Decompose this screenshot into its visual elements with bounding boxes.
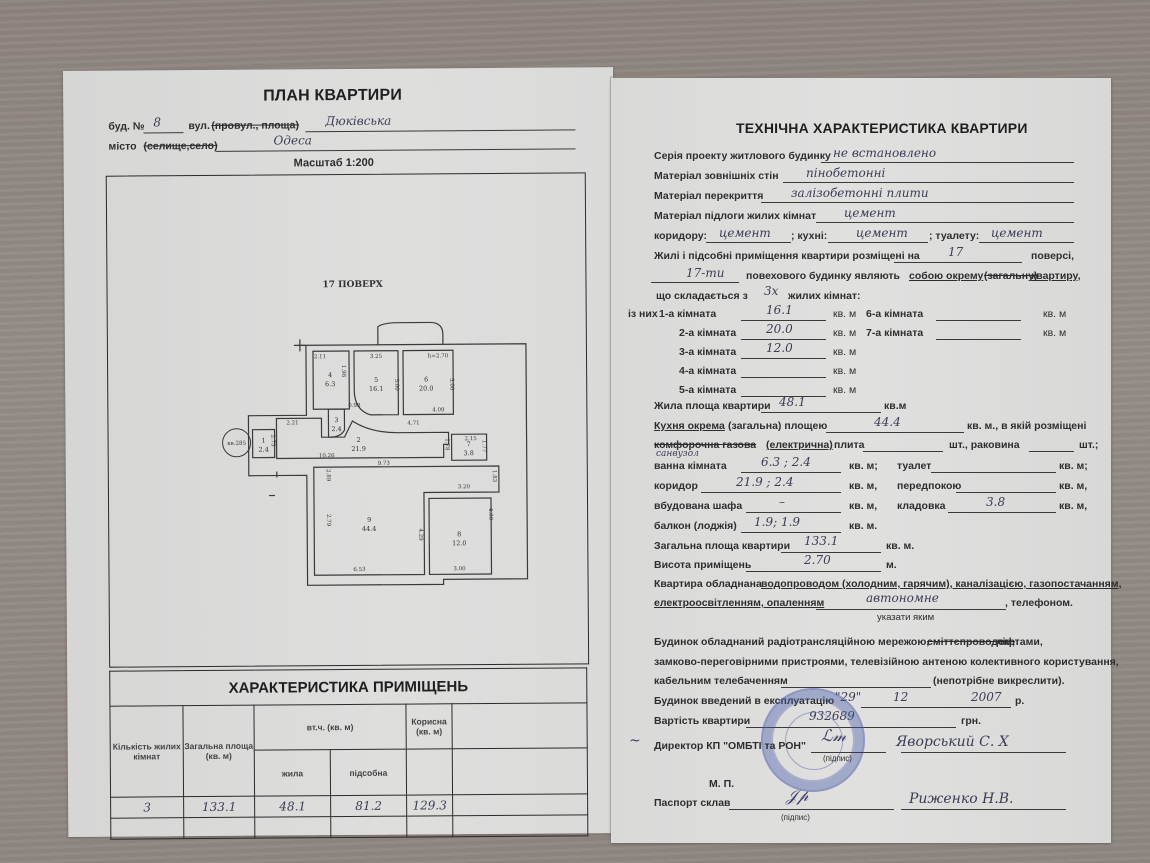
corridor-material-label: коридору: (654, 230, 707, 242)
height-value: 2.70 (804, 553, 831, 567)
street-label: вул. (188, 120, 210, 132)
corridor-area-line (701, 492, 841, 493)
wardrobe-unit: кв. м, (849, 500, 877, 512)
series-line (821, 162, 1074, 163)
room-7-line (936, 339, 1021, 340)
balcony-label: балкон (лоджія) (654, 520, 737, 532)
building-text-1: Будинок обладнаний радіотрансляційною ме… (654, 636, 929, 648)
equipped-text-4: , телефоном. (1005, 597, 1073, 609)
empty-cell (111, 818, 184, 840)
toilet-room-label: туалет (897, 460, 931, 472)
ceiling-line (761, 202, 1074, 203)
height-label: Висота приміщень (654, 559, 751, 571)
series-value: не встановлено (833, 146, 936, 160)
svg-text:9.73: 9.73 (378, 461, 391, 467)
svg-text:2.73: 2.73 (270, 434, 276, 447)
room-1-value: 16.1 (766, 303, 793, 317)
svg-text:2.4: 2.4 (331, 425, 341, 433)
rooms-prefix: із них (628, 308, 658, 320)
living-area-unit: кв.м (884, 400, 906, 412)
svg-text:кв.285: кв.285 (227, 441, 246, 447)
bathroom-value: 6.3 ; 2.4 (761, 455, 811, 469)
heating-value: автономне (866, 591, 939, 605)
svg-text:9: 9 (367, 516, 371, 524)
storeys-text-struck: (загальну) (984, 270, 1037, 282)
svg-text:1.77: 1.77 (481, 440, 487, 453)
kitchen-area-value: 44.4 (874, 415, 901, 429)
city-struck-text: (селище,село) (143, 140, 217, 153)
header-auxiliary: підсобна (330, 749, 406, 796)
compiled-name: Риженко Н.В. (909, 791, 1014, 807)
commissioned-line (861, 707, 1011, 708)
storage-value: 3.8 (986, 495, 1005, 509)
svg-text:3.8: 3.8 (463, 449, 473, 457)
apartment-plan-page: ПЛАН КВАРТИРИ буд. № 8 вул. (провул., пл… (63, 67, 618, 837)
svg-text:44.4: 44.4 (362, 525, 377, 533)
hallway-line (956, 492, 1056, 493)
scale-label: Масштаб 1:200 (294, 157, 374, 170)
svg-text:3: 3 (334, 416, 338, 424)
plan-title: ПЛАН КВАРТИРИ (263, 87, 402, 106)
header-incl-group: вт.ч. (кв. м) (254, 704, 406, 750)
empty-cell (453, 815, 588, 837)
room-1-unit: кв. м (833, 308, 856, 320)
tech-title: ТЕХНІЧНА ХАРАКТЕРИСТИКА КВАРТИРИ (736, 120, 1028, 136)
compiled-signature: 𝒥𝓅 (786, 786, 808, 806)
located-value: 17 (948, 245, 963, 259)
height-unit: м. (886, 559, 897, 571)
empty-cell (255, 817, 331, 839)
storage-unit: кв. м, (1059, 500, 1087, 512)
svg-text:2: 2 (356, 436, 360, 444)
svg-text:16.1: 16.1 (369, 385, 384, 393)
compiled-signature-hint: (підпис) (781, 813, 810, 822)
compiled-label: Паспорт склав (654, 797, 731, 809)
svg-text:2.4: 2.4 (258, 446, 268, 454)
svg-text:4.00: 4.00 (487, 508, 493, 521)
walls-label: Матеріал зовнішніх стін (654, 170, 779, 182)
svg-text:1.83: 1.83 (491, 470, 497, 483)
toilet-line (979, 242, 1074, 243)
room-3-line (741, 358, 826, 359)
empty-cell (407, 816, 453, 837)
cell-auxiliary: 81.2 (331, 795, 407, 817)
room-2-value: 20.0 (766, 322, 793, 336)
svg-text:21.9: 21.9 (351, 445, 366, 453)
svg-text:1.78: 1.78 (444, 438, 450, 451)
building-number-line (143, 132, 183, 133)
storeys-value: 17-ти (686, 266, 724, 280)
header-total-area: Загальна площа (кв. м) (183, 705, 255, 796)
room-7-unit: кв. м (1043, 327, 1066, 339)
header-useful: Корисна (кв. м) (406, 704, 452, 749)
bathroom-label: ванна кімната (654, 460, 727, 472)
kitchen-material-value: цемент (856, 226, 908, 240)
stove-unit: шт., раковина (949, 439, 1020, 451)
svg-text:6.3: 6.3 (325, 380, 335, 388)
kitchen-material-label: ; кухні: (791, 230, 827, 242)
corridor-material-value: цемент (719, 226, 771, 240)
commissioned-year: 2007 (971, 690, 1002, 704)
svg-text:4.29: 4.29 (417, 528, 423, 541)
living-area-line (761, 412, 881, 413)
toilet-material-label: ; туалету: (929, 230, 979, 242)
svg-text:3.25: 3.25 (370, 354, 383, 360)
room-5-unit: кв. м (833, 384, 856, 396)
header-useful-sub (406, 749, 452, 795)
stove-line (863, 451, 943, 452)
floor-material-label: Матеріал підлоги жилих кімнат (654, 210, 816, 222)
floor-plan-drawing: 12.4221.932.446.3516.1620.073.8812.0944.… (107, 173, 588, 666)
walls-value: пінобетонні (806, 166, 885, 180)
storage-label: кладовка (897, 500, 946, 512)
header-empty-sub (452, 748, 587, 795)
room-6-unit: кв. м (1043, 308, 1066, 320)
wardrobe-label: вбудована шафа (654, 500, 742, 512)
room-4-label: 4-а кімната (679, 365, 736, 377)
room-2-label: 2-а кімната (679, 327, 736, 339)
room-2-unit: кв. м (833, 327, 856, 339)
header-empty (452, 703, 587, 749)
room-7-label: 7-а кімната (866, 327, 923, 339)
ceiling-label: Матеріал перекриття (654, 190, 763, 202)
room-4-line (741, 377, 826, 378)
located-label: Жилі і підсобні приміщення квартири розм… (654, 250, 920, 262)
cost-unit: грн. (961, 715, 981, 727)
bathroom-line (741, 472, 841, 473)
room-6-line (936, 320, 1021, 321)
heating-line (816, 609, 1006, 610)
hallway-unit: кв. м, (1059, 480, 1087, 492)
svg-text:h=2.70: h=2.70 (428, 353, 449, 359)
located-line (894, 262, 1022, 263)
kitchen-area-label-underlined: Кухня окрема (654, 420, 725, 432)
empty-cell (331, 816, 407, 838)
total-area-value: 133.1 (804, 534, 838, 548)
building-text-4: кабельним телебаченням (654, 675, 788, 687)
stamp-label: М. П. (709, 778, 734, 790)
room-5-label: 5-а кімната (679, 384, 736, 396)
svg-text:1: 1 (261, 437, 265, 445)
storeys-text-1: повехового будинку являють (746, 270, 900, 282)
floor-material-value: цемент (844, 206, 896, 220)
series-label: Серія проекту житлового будинку (654, 150, 831, 162)
consists-value: 3х (764, 284, 778, 298)
svg-text:3.20: 3.20 (458, 484, 471, 490)
svg-text:8: 8 (457, 530, 461, 538)
commissioned-suffix: р. (1015, 695, 1024, 707)
director-label: Директор КП "ОМБТІ та РОН" (654, 740, 806, 752)
svg-text:10.26: 10.26 (319, 453, 335, 459)
svg-text:5: 5 (374, 376, 378, 384)
initials-signature: ~ (629, 733, 641, 749)
commissioned-month: 12 (893, 690, 908, 704)
bathroom-unit: кв. м; (849, 460, 878, 472)
street-value: Дюківська (325, 114, 391, 128)
corridor-area-value: 21.9 ; 2.4 (736, 475, 793, 489)
cell-living: 48.1 (255, 796, 331, 818)
svg-text:2.11: 2.11 (314, 354, 326, 360)
cell-total-area: 133.1 (184, 796, 255, 817)
kitchen-line (828, 242, 928, 243)
cell-empty (453, 794, 588, 816)
svg-text:2.79: 2.79 (325, 514, 331, 527)
consists-label: що складається з (656, 290, 748, 302)
director-signature: ℒ𝓂 (821, 726, 846, 746)
sink-unit: шт.; (1079, 439, 1098, 451)
compiled-signature-line (729, 809, 894, 810)
room-2-line (741, 339, 826, 340)
cost-label: Вартість квартири (654, 715, 750, 727)
total-area-label: Загальна площа квартири (654, 540, 790, 552)
sink-line (1029, 451, 1074, 452)
stove-text: плита (834, 439, 864, 451)
kitchen-area-label: (загальна) площею (728, 420, 827, 432)
characteristics-title: ХАРАКТЕРИСТИКА ПРИМІЩЕНЬ (110, 668, 587, 706)
kitchen-area-line (826, 432, 964, 433)
room-characteristics-table: ХАРАКТЕРИСТИКА ПРИМІЩЕНЬ Кількість жилих… (109, 667, 588, 839)
balcony-value: 1.9; 1.9 (754, 515, 800, 529)
balcony-unit: кв. м. (849, 520, 877, 532)
heating-hint: указати яким (877, 612, 934, 623)
consists-suffix: жилих кімнат: (788, 290, 861, 302)
building-number-label: буд. № (108, 120, 144, 132)
total-area-line (781, 552, 881, 553)
storeys-text-2: собою окрему (909, 270, 983, 282)
city-line (216, 148, 576, 152)
technical-characteristics-page: ТЕХНІЧНА ХАРАКТЕРИСТИКА КВАРТИРИ Серія п… (611, 78, 1111, 843)
svg-text:5.00: 5.00 (448, 378, 454, 391)
svg-text:0.98: 0.98 (348, 403, 361, 409)
room-1-line (741, 320, 826, 321)
building-text-2: ліфтами, (996, 636, 1043, 648)
toilet-room-line (931, 472, 1056, 473)
director-name-line (901, 752, 1066, 753)
svg-text:6: 6 (424, 375, 428, 383)
floor-line (816, 222, 1074, 223)
building-text-3: замково-переговірними пристроями, телеві… (654, 656, 1119, 668)
header-rooms-count: Кількість жилих кімнат (110, 706, 184, 798)
equipped-text-2: водопроводом (холодним, гарячим), каналі… (761, 578, 1122, 590)
svg-text:12.0: 12.0 (452, 539, 467, 547)
svg-text:20.0: 20.0 (419, 384, 434, 392)
svg-text:4.71: 4.71 (407, 421, 419, 427)
room-3-value: 12.0 (766, 341, 793, 355)
city-value: Одеса (273, 133, 312, 147)
living-area-value: 48.1 (779, 395, 806, 409)
svg-text:4.09: 4.09 (432, 407, 445, 413)
street-line (305, 129, 575, 132)
svg-text:1.98: 1.98 (340, 365, 346, 378)
room-4-unit: кв. м (833, 365, 856, 377)
kitchen-area-suffix: кв. м., в якій розміщені (967, 420, 1086, 432)
room-3-unit: кв. м (833, 346, 856, 358)
toilet-room-unit: кв. м; (1059, 460, 1088, 472)
walls-line (783, 182, 1074, 183)
director-signature-line (811, 752, 886, 753)
building-text-5: (непотрібне викреслити). (933, 675, 1065, 687)
svg-text:2.89: 2.89 (325, 469, 331, 482)
signature-hint: (підпис) (823, 754, 852, 763)
ceiling-value: залізобетонні плити (791, 186, 929, 200)
wardrobe-line (746, 512, 841, 513)
storeys-line (651, 282, 739, 283)
svg-text:6.53: 6.53 (353, 567, 366, 573)
svg-text:2.21: 2.21 (286, 420, 298, 426)
floor-plan-frame: 17 ПОВЕРХ (106, 172, 589, 667)
toilet-material-value: цемент (991, 226, 1043, 240)
located-suffix: поверсі, (1031, 250, 1074, 262)
city-label: місто (108, 140, 136, 152)
svg-text:4: 4 (328, 371, 332, 379)
corridor-line (706, 242, 791, 243)
stove-label: (електрична) (766, 439, 833, 451)
director-name: Яворський С. Х (896, 734, 1009, 750)
cell-rooms-count: 3 (111, 797, 184, 819)
storage-line (948, 512, 1056, 513)
header-living: жила (254, 750, 330, 797)
svg-text:3.00: 3.00 (453, 566, 466, 572)
hallway-label: передпокою (897, 480, 961, 492)
wardrobe-value: – (779, 495, 785, 509)
compiled-name-line (901, 809, 1066, 810)
total-area-unit: кв. м. (886, 540, 914, 552)
empty-cell (184, 817, 255, 838)
svg-text:2.15: 2.15 (464, 436, 477, 442)
equipped-text-1: Квартира обладнана (654, 578, 762, 590)
room-1-label: 1-а кімната (659, 308, 716, 320)
street-struck-text: (провул., площа) (211, 119, 299, 132)
room-3-label: 3-а кімната (679, 346, 736, 358)
room-6-label: 6-а кімната (866, 308, 923, 320)
storeys-text-3: квартиру, (1031, 270, 1081, 282)
height-line (746, 571, 881, 572)
svg-text:5.00: 5.00 (393, 379, 399, 392)
corridor-area-unit: кв. м, (849, 480, 877, 492)
corridor-area-label: коридор (654, 480, 698, 492)
bathroom-note: санвузол (656, 449, 699, 459)
balcony-line (741, 532, 841, 533)
cell-useful: 129.3 (407, 795, 453, 816)
living-area-label: Жила площа квартири (654, 400, 771, 412)
equipped-text-3: електроосвітленням, опаленням (654, 597, 824, 609)
building-number-value: 8 (153, 115, 161, 129)
